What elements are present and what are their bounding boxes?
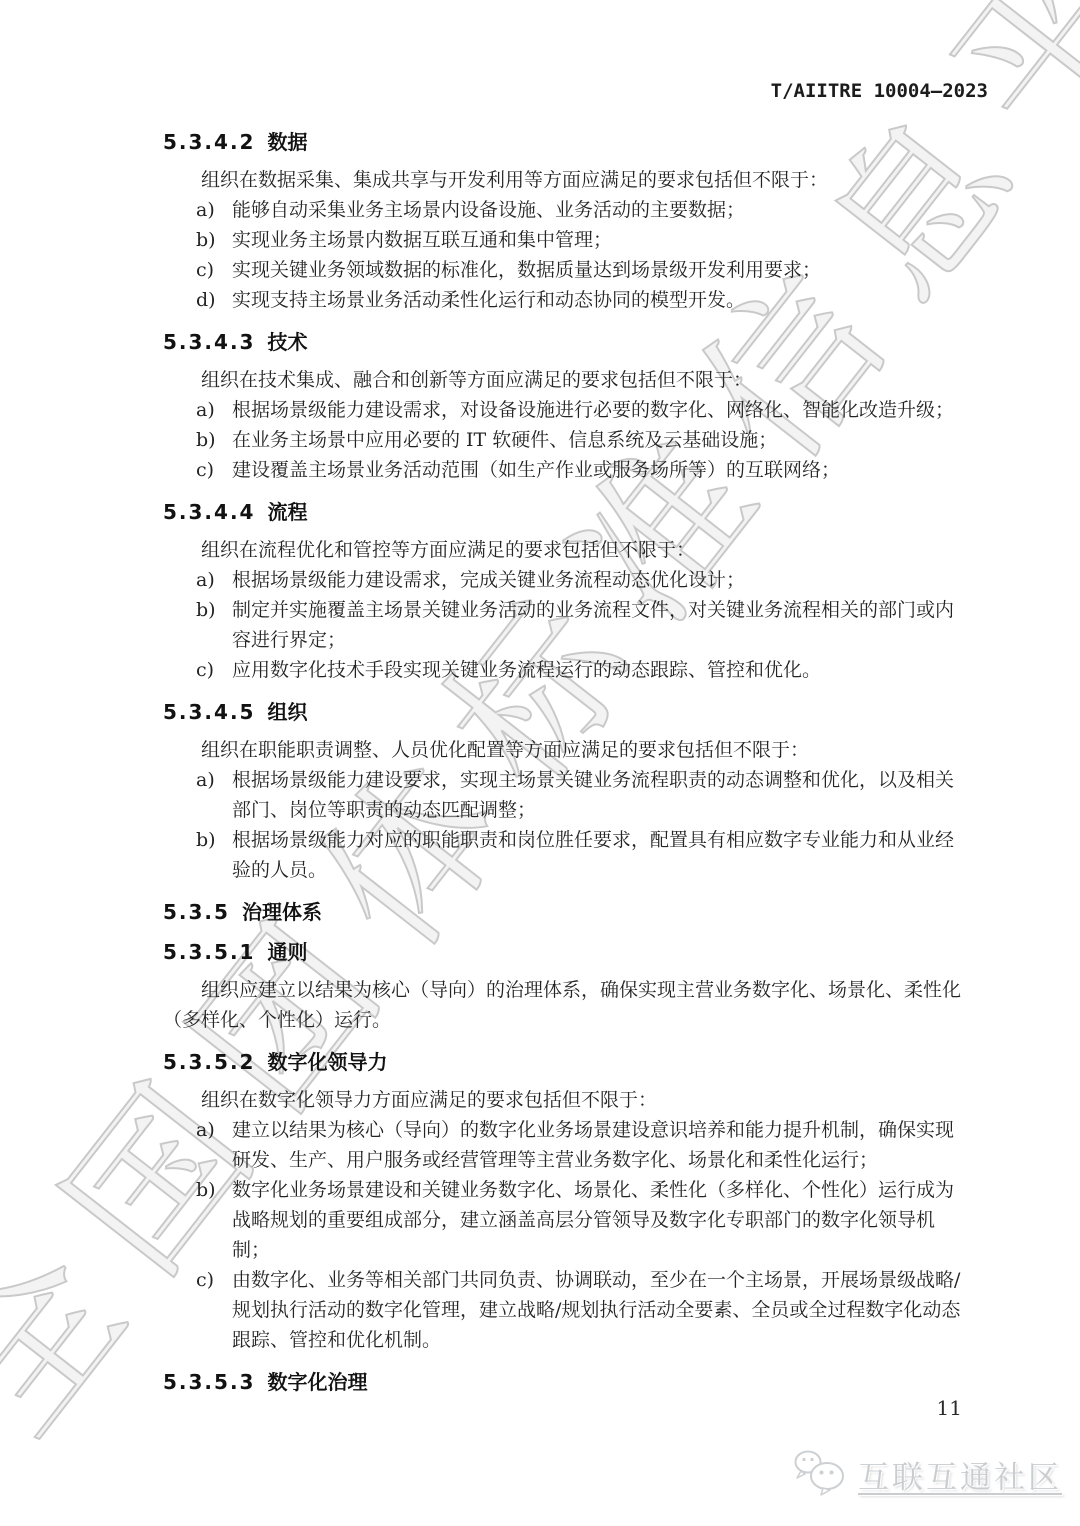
section-number: 5.3.5.2 bbox=[163, 1050, 255, 1074]
list-item-text: 建设覆盖主场景业务活动范围（如生产作业或服务场所等）的互联网络； bbox=[232, 459, 840, 481]
section-heading: 5.3.5治理体系 bbox=[163, 899, 965, 925]
list-marker: a) bbox=[196, 765, 215, 795]
document-page: 全国团体标准信息平台 T/AIITRE 10004—2023 5.3.4.2数据… bbox=[0, 0, 1080, 1526]
list-item: b)根据场景级能力对应的职能职责和岗位胜任要求，配置具有相应数字专业能力和从业经… bbox=[163, 825, 965, 885]
section-5351: 5.3.5.1通则 组织应建立以结果为核心（导向）的治理体系，确保实现主营业务数… bbox=[163, 939, 965, 1035]
list-item: c)由数字化、业务等相关部门共同负责、协调联动，至少在一个主场景，开展场景级战略… bbox=[163, 1265, 965, 1355]
list-item-text: 实现业务主场景内数据互联互通和集中管理； bbox=[232, 229, 612, 251]
list-marker: c) bbox=[196, 655, 214, 685]
section-5343: 5.3.4.3技术 组织在技术集成、融合和创新等方面应满足的要求包括但不限于： … bbox=[163, 329, 965, 485]
section-5353: 5.3.5.3数字化治理 bbox=[163, 1369, 965, 1395]
list-item-text: 建立以结果为核心（导向）的数字化业务场景建设意识培养和能力提升机制，确保实现研发… bbox=[232, 1119, 954, 1171]
list-item: a)根据场景级能力建设需求，对设备设施进行必要的数字化、网络化、智能化改造升级； bbox=[163, 395, 965, 425]
list-item: a)建立以结果为核心（导向）的数字化业务场景建设意识培养和能力提升机制，确保实现… bbox=[163, 1115, 965, 1175]
list-item-text: 实现关键业务领域数据的标准化，数据质量达到场景级开发利用要求； bbox=[232, 259, 821, 281]
section-5352: 5.3.5.2数字化领导力 组织在数字化领导力方面应满足的要求包括但不限于： a… bbox=[163, 1049, 965, 1355]
list-marker: b) bbox=[196, 595, 216, 625]
section-number: 5.3.5.3 bbox=[163, 1370, 255, 1394]
section-heading: 5.3.5.2数字化领导力 bbox=[163, 1049, 965, 1075]
list-item-text: 根据场景级能力建设要求，实现主场景关键业务流程职责的动态调整和优化，以及相关部门… bbox=[232, 769, 954, 821]
document-content: 5.3.4.2数据 组织在数据采集、集成共享与开发利用等方面应满足的要求包括但不… bbox=[163, 115, 965, 1405]
section-intro: 组织在数字化领导力方面应满足的要求包括但不限于： bbox=[163, 1085, 965, 1115]
section-intro: 组织在职能职责调整、人员优化配置等方面应满足的要求包括但不限于： bbox=[163, 735, 965, 765]
section-title: 数字化治理 bbox=[267, 1370, 367, 1394]
list-item: c)实现关键业务领域数据的标准化，数据质量达到场景级开发利用要求； bbox=[163, 255, 965, 285]
section-5342: 5.3.4.2数据 组织在数据采集、集成共享与开发利用等方面应满足的要求包括但不… bbox=[163, 129, 965, 315]
section-heading: 5.3.4.2数据 bbox=[163, 129, 965, 155]
list-item-text: 根据场景级能力对应的职能职责和岗位胜任要求，配置具有相应数字专业能力和从业经验的… bbox=[232, 829, 954, 881]
section-title: 数字化领导力 bbox=[267, 1050, 387, 1074]
list-item-text: 在业务主场景中应用必要的 IT 软硬件、信息系统及云基础设施； bbox=[232, 429, 777, 451]
list-marker: a) bbox=[196, 1115, 215, 1145]
section-535: 5.3.5治理体系 bbox=[163, 899, 965, 925]
section-number: 5.3.4.4 bbox=[163, 500, 255, 524]
list-marker: b) bbox=[196, 1175, 216, 1205]
section-number: 5.3.5.1 bbox=[163, 940, 255, 964]
list-item-text: 由数字化、业务等相关部门共同负责、协调联动，至少在一个主场景，开展场景级战略/规… bbox=[232, 1269, 960, 1351]
document-code: T/AIITRE 10004—2023 bbox=[771, 80, 988, 102]
section-title: 流程 bbox=[267, 500, 307, 524]
list-item: c)应用数字化技术手段实现关键业务流程运行的动态跟踪、管控和优化。 bbox=[163, 655, 965, 685]
section-5345: 5.3.4.5组织 组织在职能职责调整、人员优化配置等方面应满足的要求包括但不限… bbox=[163, 699, 965, 885]
wechat-icon bbox=[792, 1448, 850, 1500]
list-item-text: 制定并实施覆盖主场景关键业务活动的业务流程文件，对关键业务流程相关的部门或内容进… bbox=[232, 599, 954, 651]
section-intro: 组织在技术集成、融合和创新等方面应满足的要求包括但不限于： bbox=[163, 365, 965, 395]
list-item: b)制定并实施覆盖主场景关键业务活动的业务流程文件，对关键业务流程相关的部门或内… bbox=[163, 595, 965, 655]
list-marker: a) bbox=[196, 195, 215, 225]
list-marker: b) bbox=[196, 225, 216, 255]
list-item-text: 应用数字化技术手段实现关键业务流程运行的动态跟踪、管控和优化。 bbox=[232, 659, 821, 681]
community-logo: 互联互通社区 bbox=[792, 1448, 1062, 1500]
list-item: c)建设覆盖主场景业务活动范围（如生产作业或服务场所等）的互联网络； bbox=[163, 455, 965, 485]
list-item-text: 数字化业务场景建设和关键业务数字化、场景化、柔性化（多样化、个性化）运行成为战略… bbox=[232, 1179, 954, 1261]
list-marker: d) bbox=[196, 285, 216, 315]
section-title: 通则 bbox=[267, 940, 307, 964]
section-heading: 5.3.5.3数字化治理 bbox=[163, 1369, 965, 1395]
list-marker: a) bbox=[196, 565, 215, 595]
list-item-text: 能够自动采集业务主场景内设备设施、业务活动的主要数据； bbox=[232, 199, 745, 221]
section-title: 技术 bbox=[267, 330, 307, 354]
section-intro: 组织在流程优化和管控等方面应满足的要求包括但不限于： bbox=[163, 535, 965, 565]
list-item-text: 根据场景级能力建设需求，对设备设施进行必要的数字化、网络化、智能化改造升级； bbox=[232, 399, 954, 421]
list-marker: c) bbox=[196, 1265, 214, 1295]
section-heading: 5.3.5.1通则 bbox=[163, 939, 965, 965]
section-number: 5.3.4.3 bbox=[163, 330, 255, 354]
section-number: 5.3.4.2 bbox=[163, 130, 255, 154]
list-marker: b) bbox=[196, 425, 216, 455]
community-logo-text: 互联互通社区 bbox=[858, 1452, 1062, 1497]
section-title: 组织 bbox=[267, 700, 307, 724]
list-item: b)在业务主场景中应用必要的 IT 软硬件、信息系统及云基础设施； bbox=[163, 425, 965, 455]
section-5344: 5.3.4.4流程 组织在流程优化和管控等方面应满足的要求包括但不限于： a)根… bbox=[163, 499, 965, 685]
section-number: 5.3.5 bbox=[163, 900, 230, 924]
list-item: b)数字化业务场景建设和关键业务数字化、场景化、柔性化（多样化、个性化）运行成为… bbox=[163, 1175, 965, 1265]
list-marker: b) bbox=[196, 825, 216, 855]
section-heading: 5.3.4.3技术 bbox=[163, 329, 965, 355]
section-heading: 5.3.4.5组织 bbox=[163, 699, 965, 725]
section-paragraph: 组织应建立以结果为核心（导向）的治理体系，确保实现主营业务数字化、场景化、柔性化… bbox=[163, 975, 965, 1035]
list-item: d)实现支持主场景业务活动柔性化运行和动态协同的模型开发。 bbox=[163, 285, 965, 315]
section-intro: 组织在数据采集、集成共享与开发利用等方面应满足的要求包括但不限于： bbox=[163, 165, 965, 195]
page-number: 11 bbox=[937, 1396, 962, 1420]
list-item: a)根据场景级能力建设要求，实现主场景关键业务流程职责的动态调整和优化，以及相关… bbox=[163, 765, 965, 825]
section-heading: 5.3.4.4流程 bbox=[163, 499, 965, 525]
list-item: a)根据场景级能力建设需求，完成关键业务流程动态优化设计； bbox=[163, 565, 965, 595]
list-item-text: 实现支持主场景业务活动柔性化运行和动态协同的模型开发。 bbox=[232, 289, 745, 311]
list-item: a)能够自动采集业务主场景内设备设施、业务活动的主要数据； bbox=[163, 195, 965, 225]
section-number: 5.3.4.5 bbox=[163, 700, 255, 724]
list-marker: a) bbox=[196, 395, 215, 425]
section-title: 治理体系 bbox=[242, 900, 322, 924]
list-item-text: 根据场景级能力建设需求，完成关键业务流程动态优化设计； bbox=[232, 569, 745, 591]
list-marker: c) bbox=[196, 255, 214, 285]
list-item: b)实现业务主场景内数据互联互通和集中管理； bbox=[163, 225, 965, 255]
section-title: 数据 bbox=[267, 130, 307, 154]
list-marker: c) bbox=[196, 455, 214, 485]
